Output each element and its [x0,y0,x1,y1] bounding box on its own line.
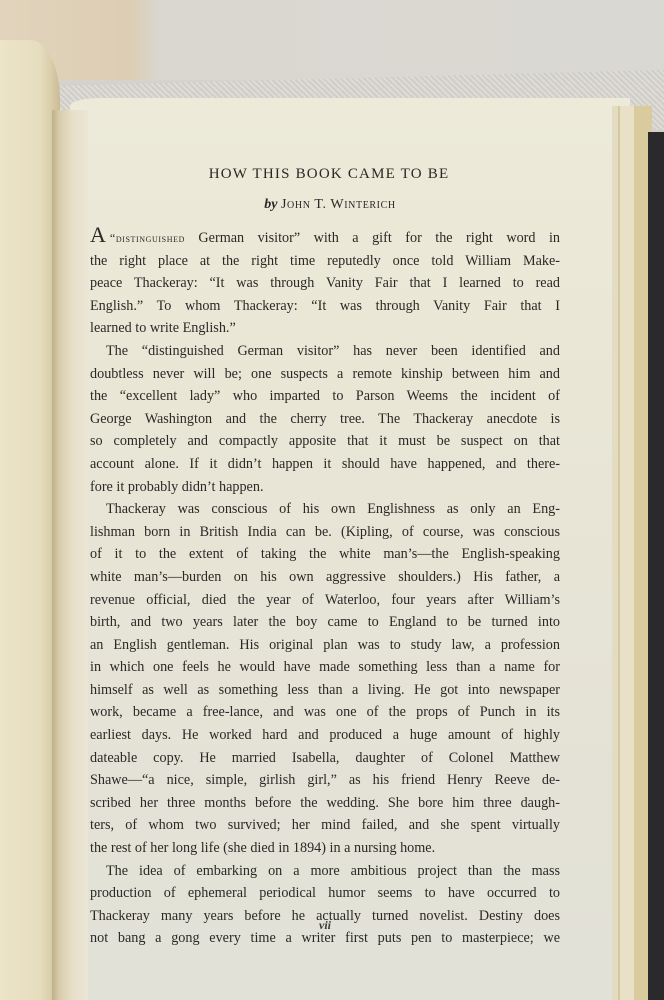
text-line: ters, of whom two survived; her mind fai… [90,814,560,837]
text-line: production of ephemeral periodical humor… [90,882,560,905]
text-line: revenue official, died the year of Water… [90,589,560,612]
text-line: the rest of her long life (she died in 1… [90,837,560,860]
text-line: lishman born in British India can be. (K… [90,521,560,544]
page-number: vii [90,918,560,933]
text-line: scribed her three months before the wedd… [90,792,560,815]
text-line: English.” To whom Thackeray: “It was thr… [90,295,560,318]
paragraph: The “distinguished German visitor” has n… [90,340,560,498]
text-line: doubtless never will be; one suspects a … [90,363,560,386]
text-line: birth, and two years later the boy came … [90,611,560,634]
text-line: account alone. If it didn’t happen it sh… [90,453,560,476]
body-text: A“distinguished German visitor” with a g… [90,227,560,950]
text-line: The idea of embarking on a more ambitiou… [90,860,560,883]
text-line: dateable copy. He married Isabella, daug… [90,747,560,770]
paragraph: Thackeray was conscious of his own Engli… [90,498,560,860]
byline-by: by [264,197,277,212]
text-line: George Washington and the cherry tree. T… [90,408,560,431]
text-line: A“distinguished German visitor” with a g… [90,227,560,250]
text-line: the right place at the right time repute… [90,250,560,273]
background-wall [0,0,664,80]
text-line: an English gentleman. His original plan … [90,634,560,657]
text-line: peace Thackeray: “It was through Vanity … [90,272,560,295]
left-page [0,40,60,1000]
page-edges [612,106,652,1000]
text-line: the “excellent lady” who imparted to Par… [90,385,560,408]
text-line: so completely and compactly apposite tha… [90,430,560,453]
text-line: white man’s—burden on his own aggressive… [90,566,560,589]
text-line: in which one feels he would have made so… [90,656,560,679]
text-line: earliest days. He worked hard and produc… [90,724,560,747]
page-content: HOW THIS BOOK CAME TO BE by John T. Wint… [90,160,560,950]
text-line: himself as well as something less than a… [90,679,560,702]
book-cover-edge [648,132,664,1000]
paragraph: A“distinguished German visitor” with a g… [90,227,560,340]
chapter-title: HOW THIS BOOK CAME TO BE [98,166,560,183]
book-gutter [52,110,88,1000]
text-line: learned to write English.” [90,317,560,340]
byline: by John T. Winterich [100,197,560,213]
text-line: The “distinguished German visitor” has n… [90,340,560,363]
text-line: fore it probably didn’t happen. [90,476,560,499]
byline-author: John T. Winterich [281,197,396,212]
text-line: Shawe—“a nice, simple, girlish girl,” as… [90,769,560,792]
text-line: Thackeray was conscious of his own Engli… [90,498,560,521]
paragraph: The idea of embarking on a more ambitiou… [90,860,560,950]
text-line: work, became a free-lance, and was one o… [90,701,560,724]
text-line: of it to the extent of taking the white … [90,543,560,566]
drop-cap: A [90,222,106,247]
small-caps-word: “distinguished [110,231,185,245]
